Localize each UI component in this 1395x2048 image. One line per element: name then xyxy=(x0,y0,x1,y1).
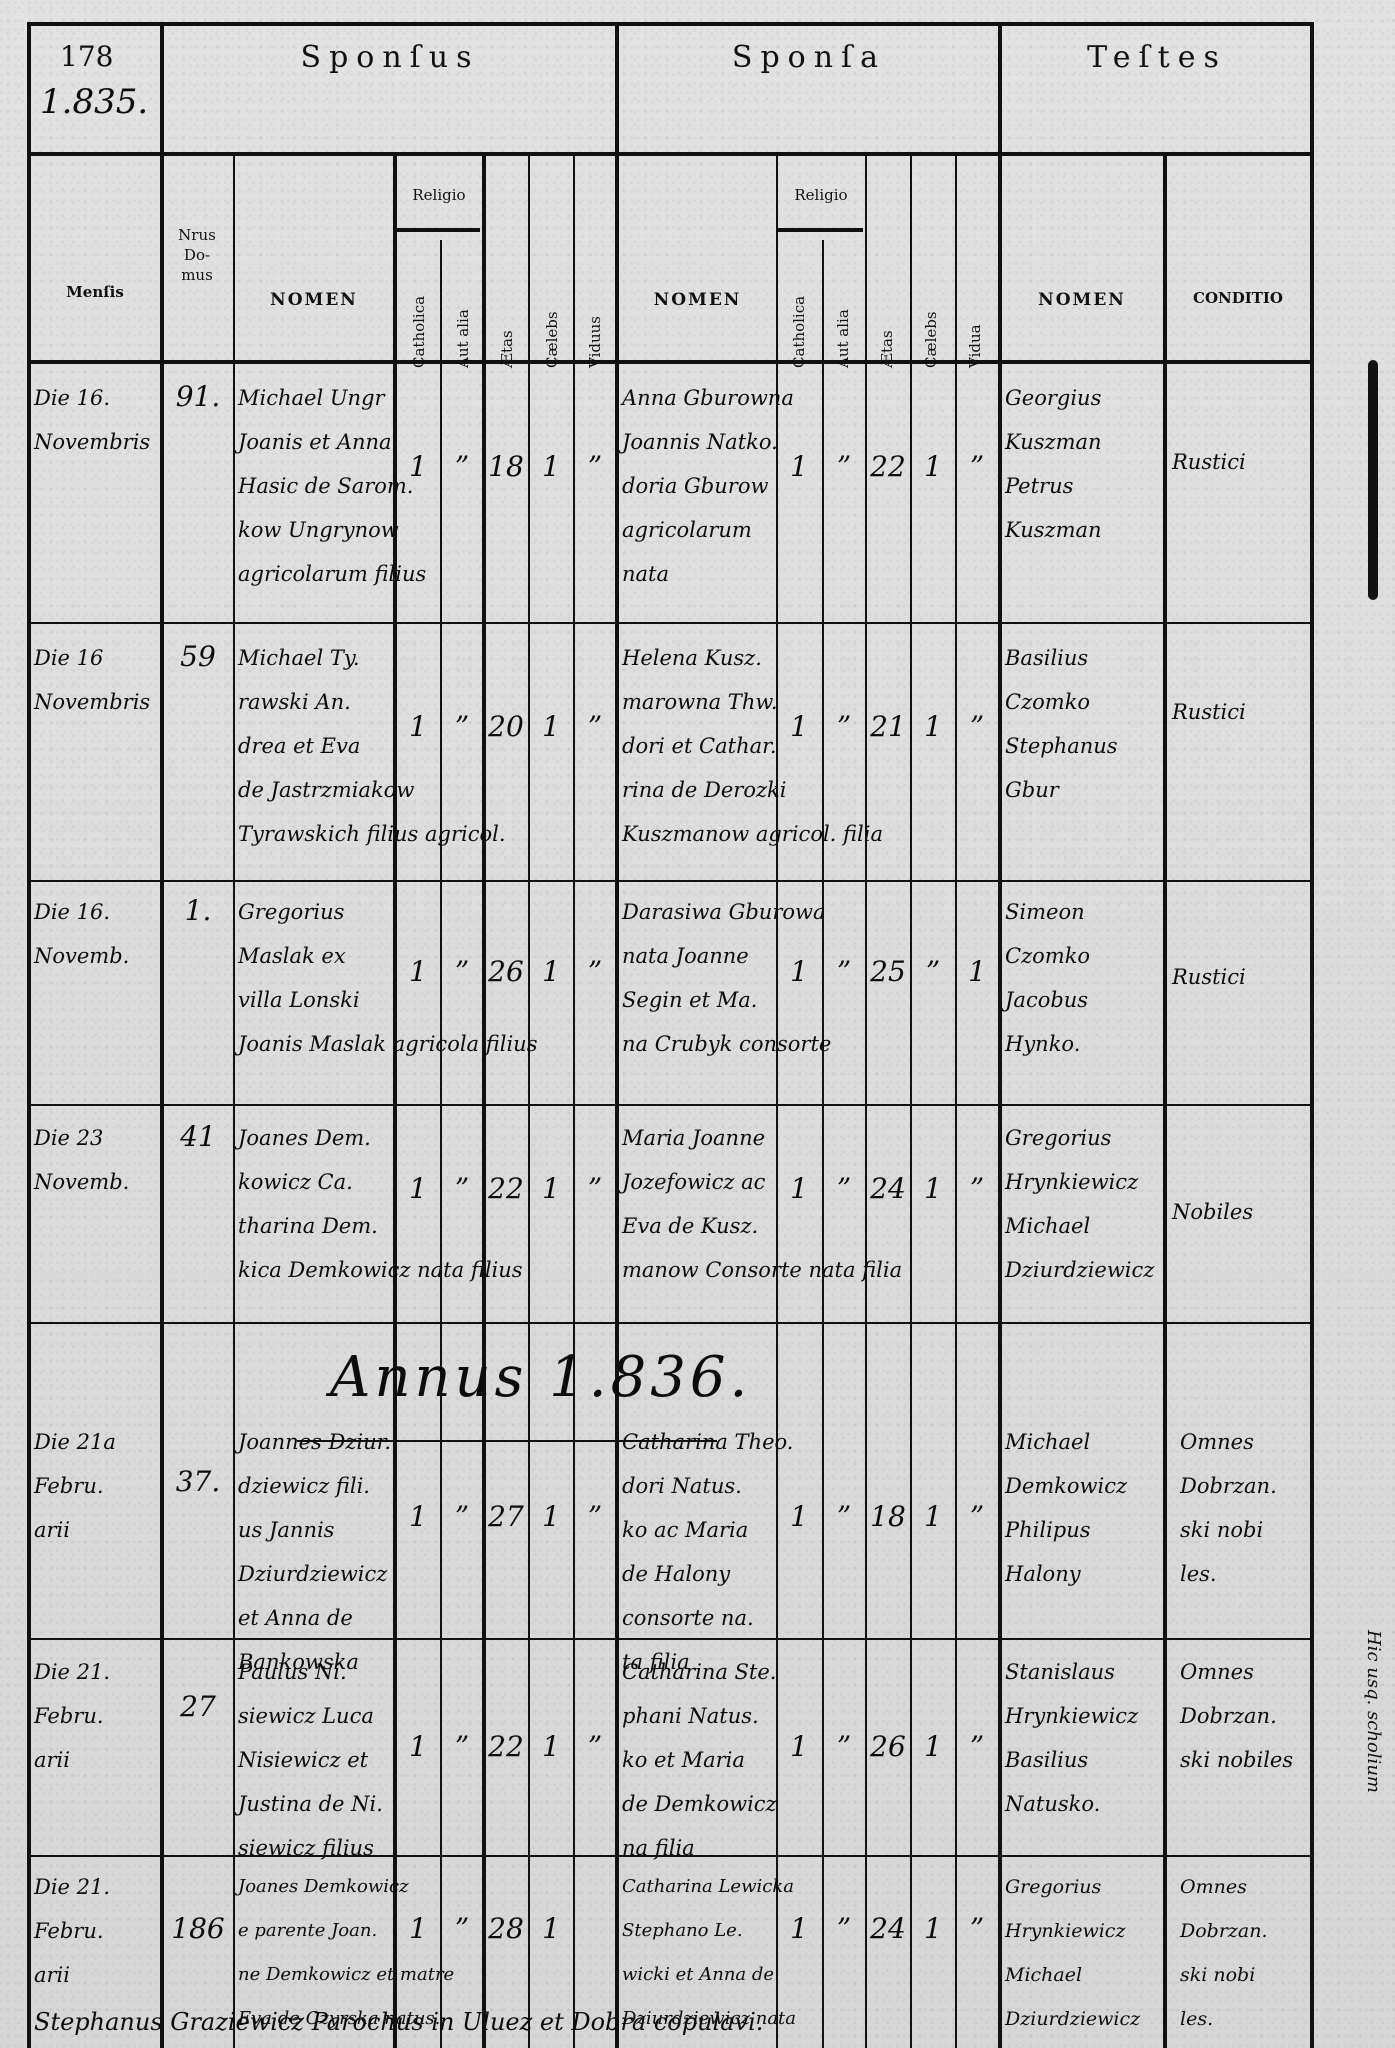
conditio-line: Omnes xyxy=(1180,1865,1268,1909)
house-number: 41 xyxy=(166,1120,230,1153)
house-number: 1. xyxy=(166,894,230,927)
bride-catholica: 1 xyxy=(778,1912,820,1945)
bride-line: rina de Derozki xyxy=(622,768,883,812)
groom-aetas: 22 xyxy=(485,1730,527,1763)
groom-line: tharina Dem. xyxy=(238,1204,523,1248)
witness-line: Basilius xyxy=(1005,1738,1138,1782)
col-nomen-sponsus: NOMEN xyxy=(235,290,393,310)
date-day: Die 23 xyxy=(34,1116,129,1160)
bride-line: Stephano Le. xyxy=(622,1909,796,1953)
groom-caelebs: 1 xyxy=(530,955,572,988)
bride-line: phani Natus. xyxy=(622,1694,777,1738)
col-nrus-domus: Nrus Do- mus xyxy=(162,225,232,285)
witness-names: Michael Demkowicz Philipus Halony xyxy=(1005,1420,1127,1596)
date-month: Febru. xyxy=(34,1464,116,1508)
witness-line: Gbur xyxy=(1005,768,1118,812)
groom-line: Nisiewicz et xyxy=(238,1738,383,1782)
col-catholica-sponsa: Catholica xyxy=(790,296,808,368)
date-day: Die 16. xyxy=(34,890,129,934)
witness-line: Philipus xyxy=(1005,1508,1127,1552)
groom-caelebs: 1 xyxy=(530,1500,572,1533)
groom-aetas: 28 xyxy=(485,1912,527,1945)
bride-line: na Crubyk consorte xyxy=(622,1022,831,1066)
conditio-line: Dobrzan. xyxy=(1180,1909,1268,1953)
col-nomen-testes: NOMEN xyxy=(1002,290,1162,310)
groom-line: Paulus Ni. xyxy=(238,1650,383,1694)
row-separator xyxy=(30,1104,1312,1106)
date-day: Die 16. xyxy=(34,376,150,420)
bride-catholica: 1 xyxy=(778,955,820,988)
bride-line: agricolarum xyxy=(622,508,794,552)
bride-vidua: ” xyxy=(957,1172,997,1205)
groom-name: Joannes Dziur. dziewicz fili. us Jannis … xyxy=(238,1420,391,1684)
col-line xyxy=(573,155,575,2048)
groom-line: Gregorius xyxy=(238,890,538,934)
witness-line: Simeon xyxy=(1005,890,1090,934)
conditio-value: Rustici xyxy=(1172,955,1246,999)
col-nomen-sponsa: NOMEN xyxy=(620,290,775,310)
bride-line: de Halony xyxy=(622,1552,793,1596)
groom-viduus: ” xyxy=(575,450,615,483)
groom-line: kica Demkowicz nata filius xyxy=(238,1248,523,1292)
bride-caelebs: 1 xyxy=(912,1500,954,1533)
bride-line: ko et Maria xyxy=(622,1738,777,1782)
bride-caelebs: 1 xyxy=(912,710,954,743)
groom-caelebs: 1 xyxy=(530,450,572,483)
groom-viduus: ” xyxy=(575,1172,615,1205)
bride-line: Catharina Theo. xyxy=(622,1420,793,1464)
witness-line: Hynko. xyxy=(1005,1022,1090,1066)
groom-line: kow Ungrynow xyxy=(238,508,426,552)
register-page: 178 1.835. Sponſus Sponſa Teſtes Menſis … xyxy=(0,0,1395,2048)
witness-line: Czomko xyxy=(1005,680,1118,724)
entry-date: Die 21. Febru. arii xyxy=(34,1865,110,1997)
bride-name: Catharina Theo. dori Natus. ko ac Maria … xyxy=(622,1420,793,1684)
conditio-value: Rustici xyxy=(1172,690,1246,734)
groom-line: Joanis Maslak agricola filius xyxy=(238,1022,538,1066)
witness-names: Gregorius Hrynkiewicz Michael Dziurdziew… xyxy=(1005,1865,1140,2041)
groom-aut-alia: ” xyxy=(442,1172,482,1205)
witness-line: Michael xyxy=(1005,1420,1127,1464)
witness-line: Georgius xyxy=(1005,376,1102,420)
date-month: Novemb. xyxy=(34,934,129,978)
bride-line: manow Consorte nata filia xyxy=(622,1248,902,1292)
groom-aetas: 22 xyxy=(485,1172,527,1205)
bride-line: Joannis Natko. xyxy=(622,420,794,464)
witness-line: Jacobus xyxy=(1005,978,1090,1022)
groom-catholica: 1 xyxy=(398,710,438,743)
witness-line: Dziurdziewicz xyxy=(1005,1997,1140,2041)
year-label: 1.835. xyxy=(40,80,148,124)
col-aut-alia-sponsa: Aut alia xyxy=(834,309,852,368)
groom-line: de Jastrzmiakow xyxy=(238,768,506,812)
bride-name: Anna Gburowna Joannis Natko. doria Gburo… xyxy=(622,376,794,596)
bride-line: Catharina Lewicka xyxy=(622,1865,796,1909)
row-separator xyxy=(30,1322,1312,1324)
witness-names: Gregorius Hrynkiewicz Michael Dziurdziew… xyxy=(1005,1116,1154,1292)
bride-line: doria Gburow xyxy=(622,464,794,508)
margin-ink-stroke xyxy=(1368,360,1378,600)
bride-vidua: 1 xyxy=(957,955,997,988)
col-nrus-domus-line: Nrus xyxy=(162,225,232,245)
col-religio-sponsus: Religio xyxy=(396,185,482,205)
bride-catholica: 1 xyxy=(778,1500,820,1533)
groom-viduus: ” xyxy=(575,955,615,988)
frame-left xyxy=(27,22,31,2048)
title-row-bottom xyxy=(30,152,1312,156)
bride-line: Eva de Kusz. xyxy=(622,1204,902,1248)
witness-line: Kuszman xyxy=(1005,420,1102,464)
bride-aut-alia: ” xyxy=(824,450,864,483)
col-caelebs-sponsa: Cælebs xyxy=(922,311,940,368)
bride-catholica: 1 xyxy=(778,710,820,743)
priest-signature: Stephanus Graziewicz Parochus in Uluez e… xyxy=(34,2000,763,2044)
conditio-line: Dobrzan. xyxy=(1180,1464,1277,1508)
groom-aut-alia: ” xyxy=(442,1500,482,1533)
witness-names: Basilius Czomko Stephanus Gbur xyxy=(1005,636,1118,812)
date-month: Novemb. xyxy=(34,1160,129,1204)
bride-aut-alia: ” xyxy=(824,1500,864,1533)
bride-line: Maria Joanne xyxy=(622,1116,902,1160)
bride-caelebs: 1 xyxy=(912,1912,954,1945)
conditio-line: Dobrzan. xyxy=(1180,1694,1293,1738)
bride-aut-alia: ” xyxy=(824,1912,864,1945)
section-sponsa: Sponſa xyxy=(620,40,998,75)
conditio-value: Omnes Dobrzan. ski nobiles xyxy=(1180,1650,1293,1782)
groom-line: et Anna de xyxy=(238,1596,391,1640)
bride-aetas: 18 xyxy=(867,1500,909,1533)
date-day: Die 16 xyxy=(34,636,150,680)
bride-vidua: ” xyxy=(957,1500,997,1533)
entry-date: Die 23 Novemb. xyxy=(34,1116,129,1204)
witness-line: Michael xyxy=(1005,1204,1154,1248)
groom-line: Michael Ty. xyxy=(238,636,506,680)
bride-caelebs: 1 xyxy=(912,450,954,483)
groom-line: dziewicz fili. xyxy=(238,1464,391,1508)
witness-line: Basilius xyxy=(1005,636,1118,680)
groom-aut-alia: ” xyxy=(442,710,482,743)
bride-aetas: 21 xyxy=(867,710,909,743)
col-catholica-sponsus: Catholica xyxy=(410,296,428,368)
bride-line: Anna Gburowna xyxy=(622,376,794,420)
col-conditio: CONDITIO xyxy=(1166,288,1310,308)
entry-date: Die 16. Novemb. xyxy=(34,890,129,978)
bride-caelebs: ” xyxy=(912,955,954,988)
witness-line: Gregorius xyxy=(1005,1116,1154,1160)
date-month: Novembris xyxy=(34,420,150,464)
groom-line: siewicz Luca xyxy=(238,1694,383,1738)
date-month-cont: arii xyxy=(34,1738,110,1782)
witness-line: Petrus xyxy=(1005,464,1102,508)
col-aetas-sponsus: Ætas xyxy=(498,330,516,368)
entry-date: Die 16 Novembris xyxy=(34,636,150,724)
bride-name: Catharina Ste. phani Natus. ko et Maria … xyxy=(622,1650,777,1870)
witness-line: Kuszman xyxy=(1005,508,1102,552)
conditio-line: ski nobi xyxy=(1180,1953,1268,1997)
witness-line: Michael xyxy=(1005,1953,1140,1997)
groom-name: Michael Ty. rawski An. drea et Eva de Ja… xyxy=(238,636,506,856)
bride-aut-alia: ” xyxy=(824,1172,864,1205)
groom-aetas: 20 xyxy=(485,710,527,743)
groom-caelebs: 1 xyxy=(530,1730,572,1763)
groom-viduus: ” xyxy=(575,1730,615,1763)
bride-catholica: 1 xyxy=(778,450,820,483)
bride-caelebs: 1 xyxy=(912,1730,954,1763)
groom-line: Tyrawskich filius agricol. xyxy=(238,812,506,856)
bride-vidua: ” xyxy=(957,1912,997,1945)
groom-line: Dziurdziewicz xyxy=(238,1552,391,1596)
groom-viduus: ” xyxy=(575,710,615,743)
groom-line: Joanes Demkowicz xyxy=(238,1865,454,1909)
date-month: Febru. xyxy=(34,1909,110,1953)
conditio-line: Omnes xyxy=(1180,1650,1293,1694)
groom-viduus: ” xyxy=(575,1500,615,1533)
groom-catholica: 1 xyxy=(398,450,438,483)
house-number: 59 xyxy=(166,640,230,673)
conditio-value: Omnes Dobrzan. ski nobi les. xyxy=(1180,1420,1277,1596)
date-month: Novembris xyxy=(34,680,150,724)
bride-aetas: 25 xyxy=(867,955,909,988)
groom-catholica: 1 xyxy=(398,1172,438,1205)
page-number: 178 xyxy=(60,40,113,73)
witness-line: Demkowicz xyxy=(1005,1464,1127,1508)
bride-vidua: ” xyxy=(957,1730,997,1763)
conditio-value: Omnes Dobrzan. ski nobi les. xyxy=(1180,1865,1268,2041)
bride-line: wicki et Anna de xyxy=(622,1953,796,1997)
col-line xyxy=(1163,155,1167,2048)
bride-line: dori Natus. xyxy=(622,1464,793,1508)
witness-names: Simeon Czomko Jacobus Hynko. xyxy=(1005,890,1090,1066)
col-religio-sponsa: Religio xyxy=(778,185,864,205)
witness-line: Stephanus xyxy=(1005,724,1118,768)
groom-line: siewicz filius xyxy=(238,1826,383,1870)
col-line xyxy=(910,155,912,2048)
frame-top xyxy=(27,22,1312,26)
bride-line: Darasiwa Gburowa xyxy=(622,890,831,934)
groom-catholica: 1 xyxy=(398,1500,438,1533)
bride-line: nata xyxy=(622,552,794,596)
col-nrus-domus-line: Do- xyxy=(162,245,232,265)
sep-sponsus-sponsa xyxy=(615,22,619,2048)
date-day: Die 21. xyxy=(34,1650,110,1694)
groom-aut-alia: ” xyxy=(442,955,482,988)
entry-date: Die 21a Febru. arii xyxy=(34,1420,116,1552)
house-number: 37. xyxy=(166,1465,230,1498)
col-viduus: Viduus xyxy=(586,316,604,368)
conditio-line: les. xyxy=(1180,1552,1277,1596)
groom-line: Joanes Dem. xyxy=(238,1116,523,1160)
groom-catholica: 1 xyxy=(398,955,438,988)
entry-date: Die 16. Novembris xyxy=(34,376,150,464)
witness-line: Halony xyxy=(1005,1552,1127,1596)
col-line xyxy=(482,155,486,2048)
groom-line: Michael Ungr xyxy=(238,376,426,420)
witness-line: Natusko. xyxy=(1005,1782,1138,1826)
header-bottom xyxy=(30,360,1312,364)
groom-caelebs: 1 xyxy=(530,710,572,743)
groom-name: Michael Ungr Joanis et Anna Hasic de Sar… xyxy=(238,376,426,596)
bride-vidua: ” xyxy=(957,710,997,743)
bride-line: consorte na. xyxy=(622,1596,793,1640)
groom-caelebs: 1 xyxy=(530,1172,572,1205)
bride-line: Catharina Ste. xyxy=(622,1650,777,1694)
groom-aetas: 27 xyxy=(485,1500,527,1533)
conditio-value: Rustici xyxy=(1172,440,1246,484)
witness-names: Georgius Kuszman Petrus Kuszman xyxy=(1005,376,1102,552)
col-line xyxy=(865,155,867,2048)
house-number: 27 xyxy=(166,1690,230,1723)
witness-line: Hrynkiewicz xyxy=(1005,1160,1154,1204)
col-nrus-domus-line: mus xyxy=(162,265,232,285)
date-month-cont: arii xyxy=(34,1508,116,1552)
bride-line: Kuszmanow agricol. filia xyxy=(622,812,883,856)
date-day: Die 21. xyxy=(34,1865,110,1909)
house-number: 186 xyxy=(166,1912,230,1945)
date-month-cont: arii xyxy=(34,1953,110,1997)
groom-line: Justina de Ni. xyxy=(238,1782,383,1826)
row-separator xyxy=(30,622,1312,624)
religio-underline xyxy=(395,228,480,232)
bride-line: Helena Kusz. xyxy=(622,636,883,680)
col-caelebs-sponsus: Cælebs xyxy=(543,311,561,368)
conditio-line: Omnes xyxy=(1180,1420,1277,1464)
groom-line: Joannes Dziur. xyxy=(238,1420,391,1464)
col-vidua: Vidua xyxy=(966,324,984,368)
col-mensis: Menſis xyxy=(30,282,160,302)
sep-year xyxy=(160,22,164,2048)
conditio-line: ski nobiles xyxy=(1180,1738,1293,1782)
groom-aetas: 26 xyxy=(485,955,527,988)
groom-caelebs: 1 xyxy=(530,1912,572,1945)
date-day: Die 21a xyxy=(34,1420,116,1464)
witness-line: Hrynkiewicz xyxy=(1005,1694,1138,1738)
col-line xyxy=(233,155,235,2048)
bride-aut-alia: ” xyxy=(824,955,864,988)
margin-note: Hic usq. scholium xyxy=(1363,1630,1384,1793)
bride-aetas: 26 xyxy=(867,1730,909,1763)
bride-aut-alia: ” xyxy=(824,1730,864,1763)
col-line xyxy=(955,155,957,2048)
groom-name: Paulus Ni. siewicz Luca Nisiewicz et Jus… xyxy=(238,1650,383,1870)
col-aut-alia-sponsus: Aut alia xyxy=(454,309,472,368)
entry-date: Die 21. Febru. arii xyxy=(34,1650,110,1782)
bride-aut-alia: ” xyxy=(824,710,864,743)
bride-aetas: 24 xyxy=(867,1912,909,1945)
conditio-line: les. xyxy=(1180,1997,1268,2041)
conditio-line: ski nobi xyxy=(1180,1508,1277,1552)
witness-line: Czomko xyxy=(1005,934,1090,978)
col-aetas-sponsa: Ætas xyxy=(878,330,896,368)
bride-line: na filia xyxy=(622,1826,777,1870)
bride-catholica: 1 xyxy=(778,1172,820,1205)
bride-catholica: 1 xyxy=(778,1730,820,1763)
col-line xyxy=(528,155,530,2048)
witness-line: Dziurdziewicz xyxy=(1005,1248,1154,1292)
groom-line: ne Demkowicz et matre xyxy=(238,1953,454,1997)
bride-aetas: 22 xyxy=(867,450,909,483)
bride-vidua: ” xyxy=(957,450,997,483)
section-sponsus: Sponſus xyxy=(165,40,615,75)
section-testes: Teſtes xyxy=(1002,40,1312,75)
groom-catholica: 1 xyxy=(398,1912,438,1945)
witness-line: Gregorius xyxy=(1005,1865,1140,1909)
religio-underline xyxy=(777,228,863,232)
bride-caelebs: 1 xyxy=(912,1172,954,1205)
witness-line: Stanislaus xyxy=(1005,1650,1138,1694)
groom-aut-alia: ” xyxy=(442,1730,482,1763)
bride-aetas: 24 xyxy=(867,1172,909,1205)
date-month: Febru. xyxy=(34,1694,110,1738)
groom-aut-alia: ” xyxy=(442,1912,482,1945)
bride-line: de Demkowicz xyxy=(622,1782,777,1826)
row-separator xyxy=(30,880,1312,882)
bride-line: ko ac Maria xyxy=(622,1508,793,1552)
groom-line: agricolarum filius xyxy=(238,552,426,596)
bride-name: Helena Kusz. marowna Thw. dori et Cathar… xyxy=(622,636,883,856)
house-number: 91. xyxy=(166,380,230,413)
conditio-value: Nobiles xyxy=(1172,1190,1253,1234)
frame-right xyxy=(1310,22,1314,2048)
annus-heading: Annus 1.836. xyxy=(330,1345,751,1410)
witness-names: Stanislaus Hrynkiewicz Basilius Natusko. xyxy=(1005,1650,1138,1826)
groom-aetas: 18 xyxy=(485,450,527,483)
groom-catholica: 1 xyxy=(398,1730,438,1763)
sep-sponsa-testes xyxy=(998,22,1002,2048)
witness-line: Hrynkiewicz xyxy=(1005,1909,1140,1953)
groom-aut-alia: ” xyxy=(442,450,482,483)
groom-line: us Jannis xyxy=(238,1508,391,1552)
